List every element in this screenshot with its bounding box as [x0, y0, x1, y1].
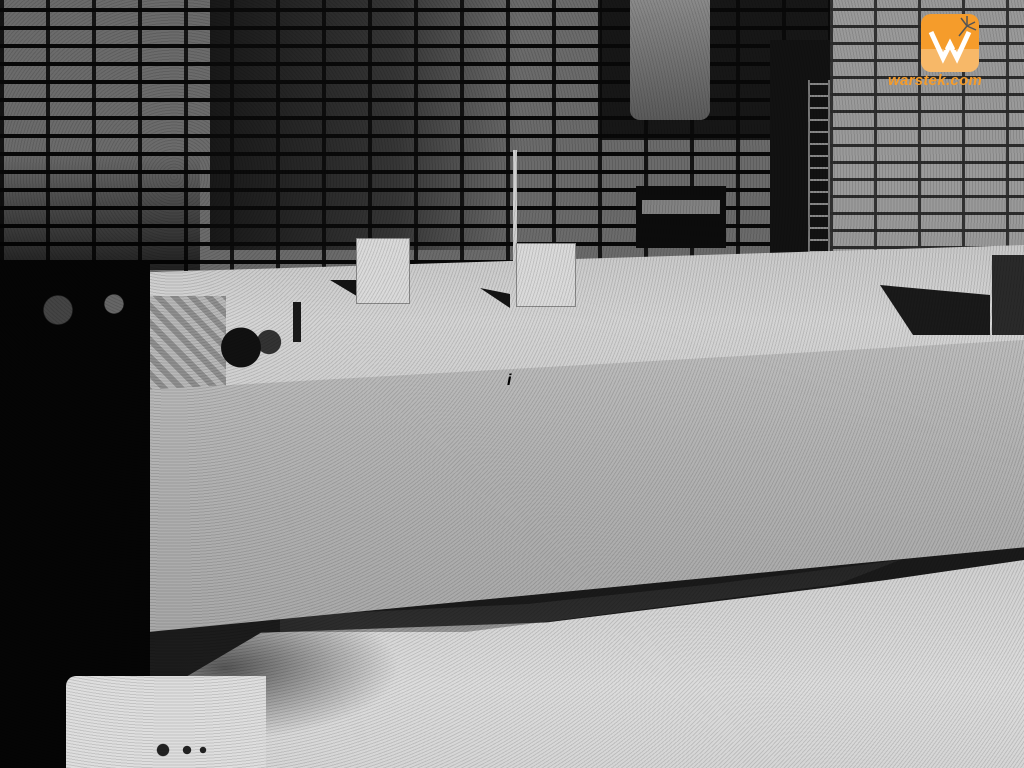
warstek-w-logo-icon: [921, 14, 979, 72]
test-post: [516, 243, 576, 307]
test-post: [356, 238, 410, 304]
text-glyph: i: [507, 372, 511, 390]
box-label: [642, 200, 720, 214]
doorway: [630, 0, 710, 120]
clutter: [30, 280, 170, 340]
dark-box: [636, 186, 726, 248]
watermark-text: warstek.com: [888, 72, 1008, 89]
wall-shadow: [0, 150, 200, 270]
ladder: [808, 80, 830, 265]
wall-shadow: [210, 0, 520, 250]
gauge-fixture: [220, 320, 290, 375]
right-post: [992, 255, 1024, 335]
gauge-rod: [293, 302, 301, 342]
photograph: i: [0, 0, 1024, 768]
surface-marks: [155, 740, 235, 760]
